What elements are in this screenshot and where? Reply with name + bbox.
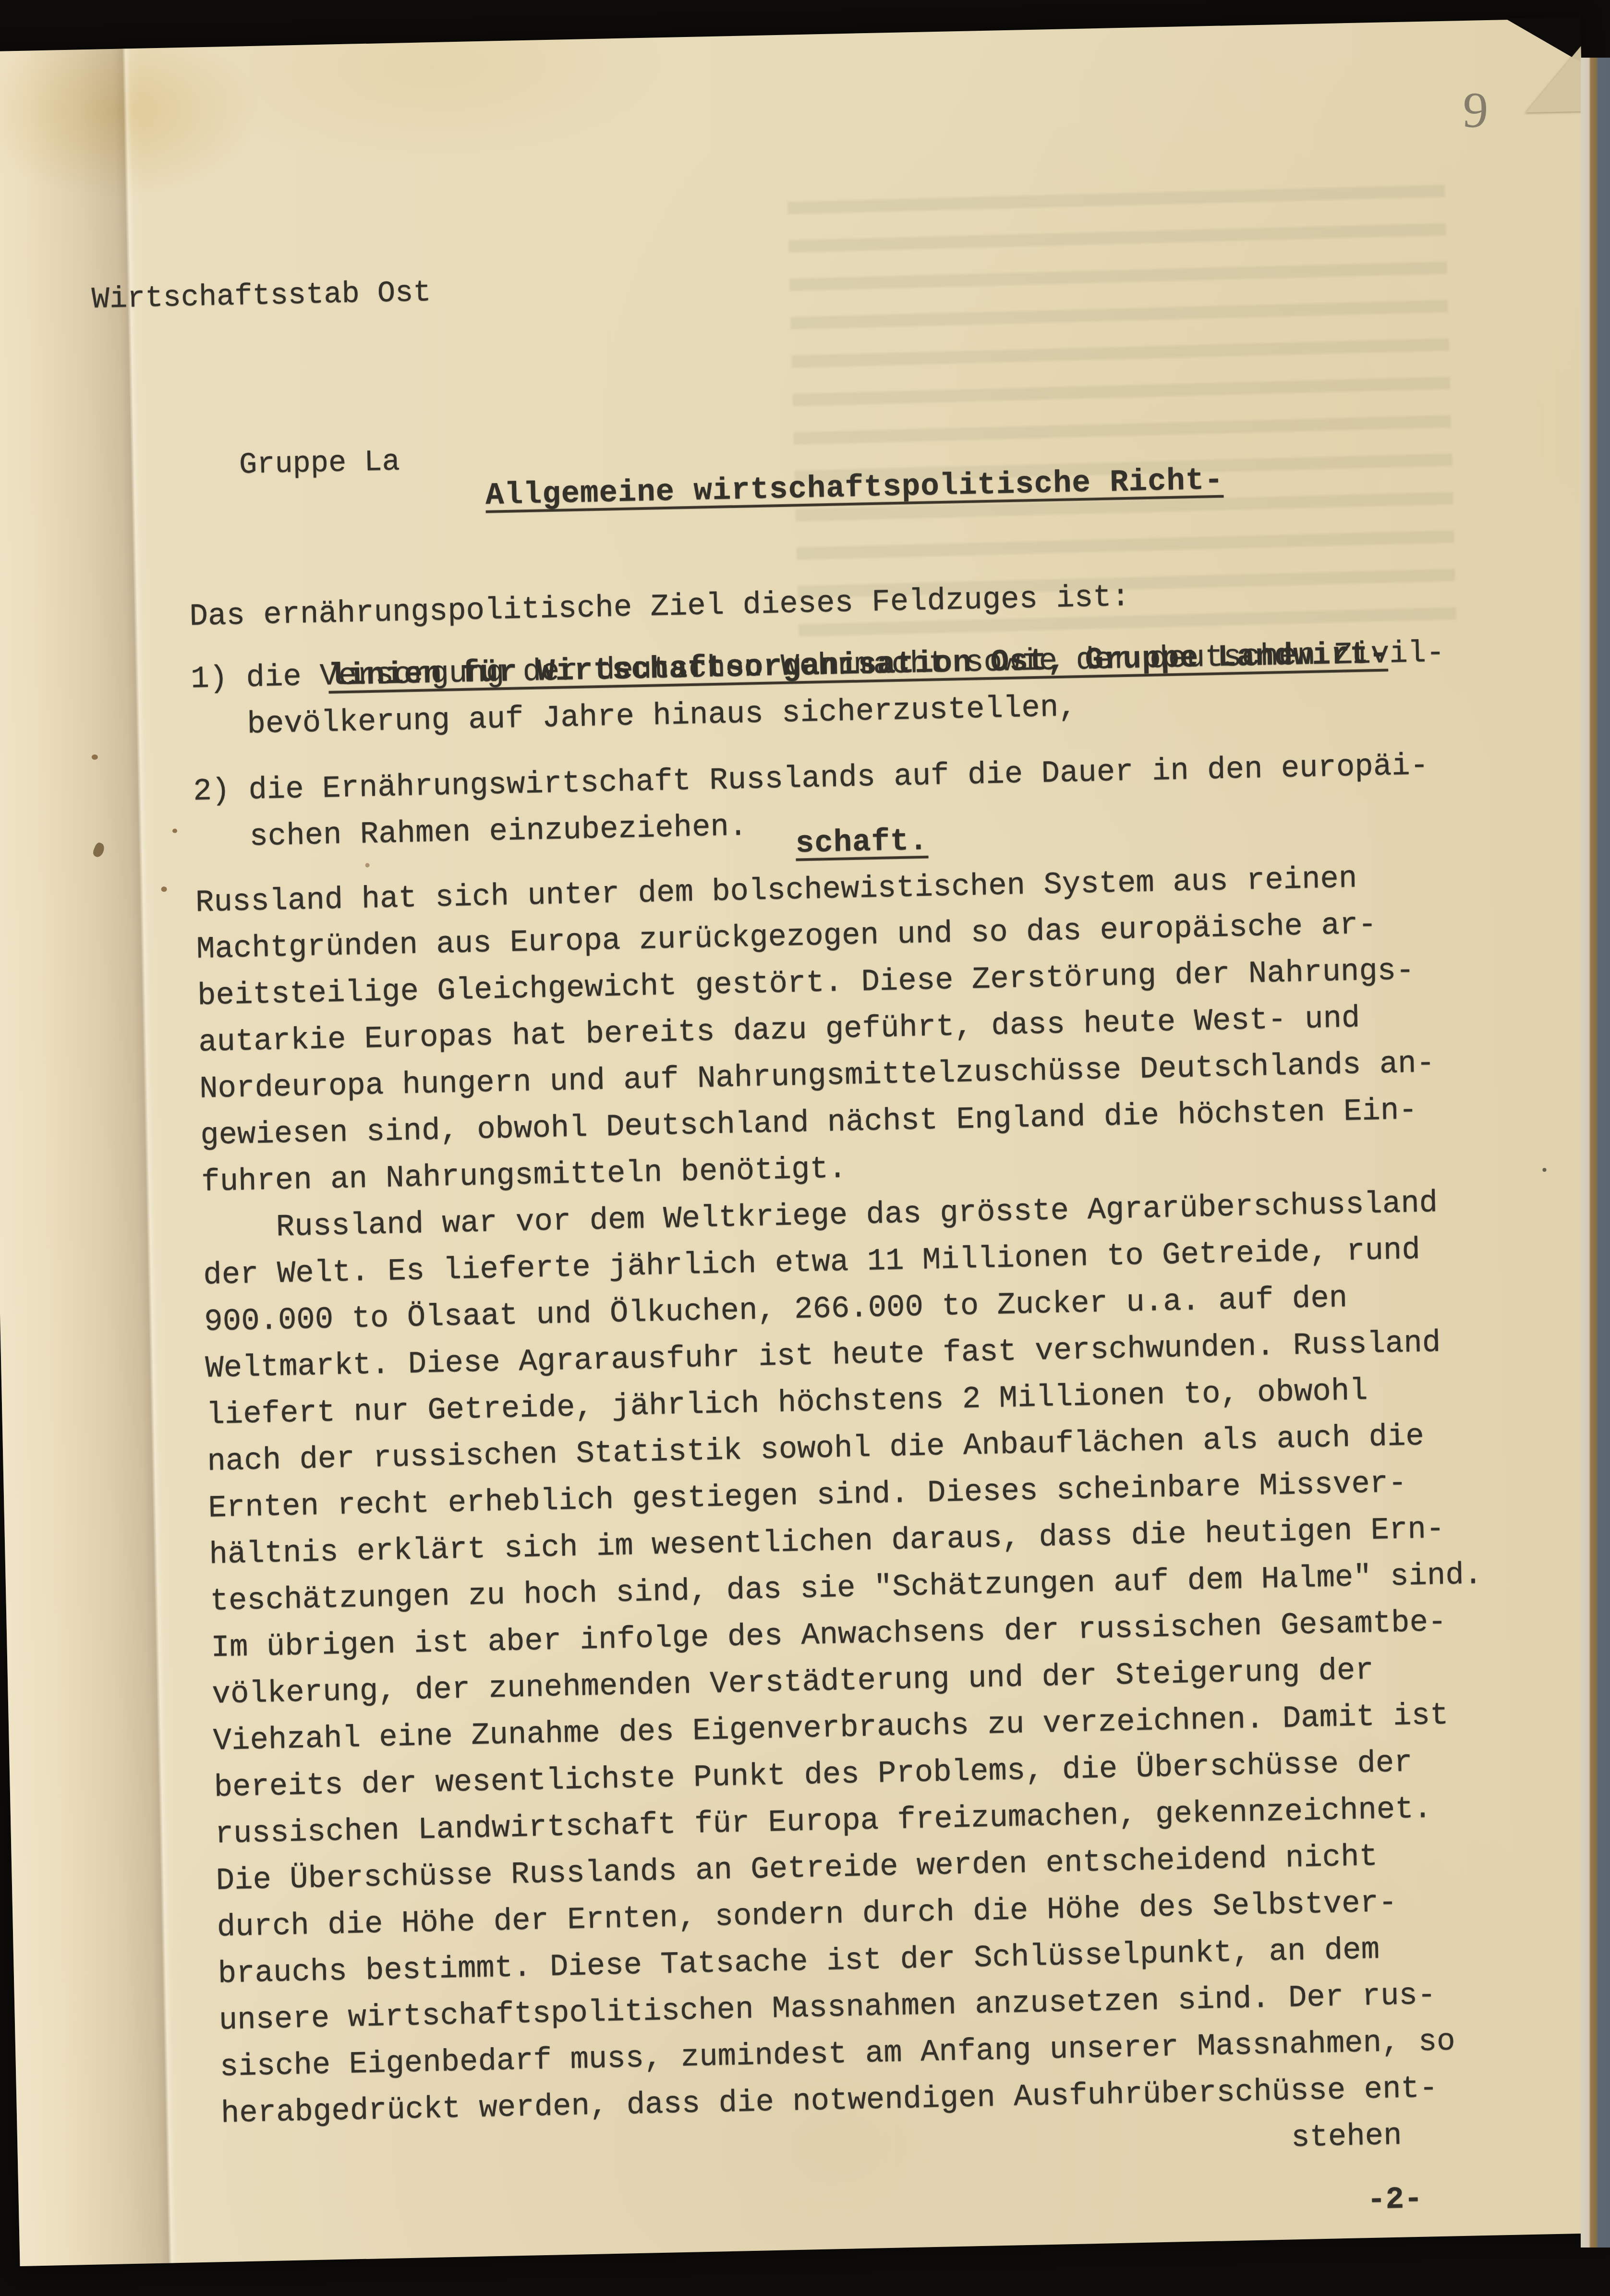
typed-sheet-number: -2- [1367, 2182, 1423, 2218]
foxing-speck [172, 828, 177, 833]
dog-ear-corner-flap [1525, 46, 1583, 112]
body-paragraph-2: Russland war vor dem Weltkriege das grös… [202, 1179, 1494, 2184]
foxing-speck [1542, 1168, 1546, 1172]
foxing-speck [161, 887, 167, 892]
document-page: 9 Wirtschaftsstab Ost Gruppe La Allgemei… [0, 18, 1610, 2266]
body-paragraph-1: Russland hat sich unter dem bolschewisti… [195, 854, 1437, 1206]
document-title-line: Allgemeine wirtschaftspolitische Richt- [186, 445, 1522, 532]
page-stack-and-cover-edge [1581, 58, 1610, 2247]
letterhead-org-line: Wirtschaftsstab Ost [91, 264, 432, 328]
handwritten-page-number: 9 [1462, 81, 1489, 140]
scanned-document-photo: 9 Wirtschaftsstab Ost Gruppe La Allgemei… [0, 0, 1610, 2296]
